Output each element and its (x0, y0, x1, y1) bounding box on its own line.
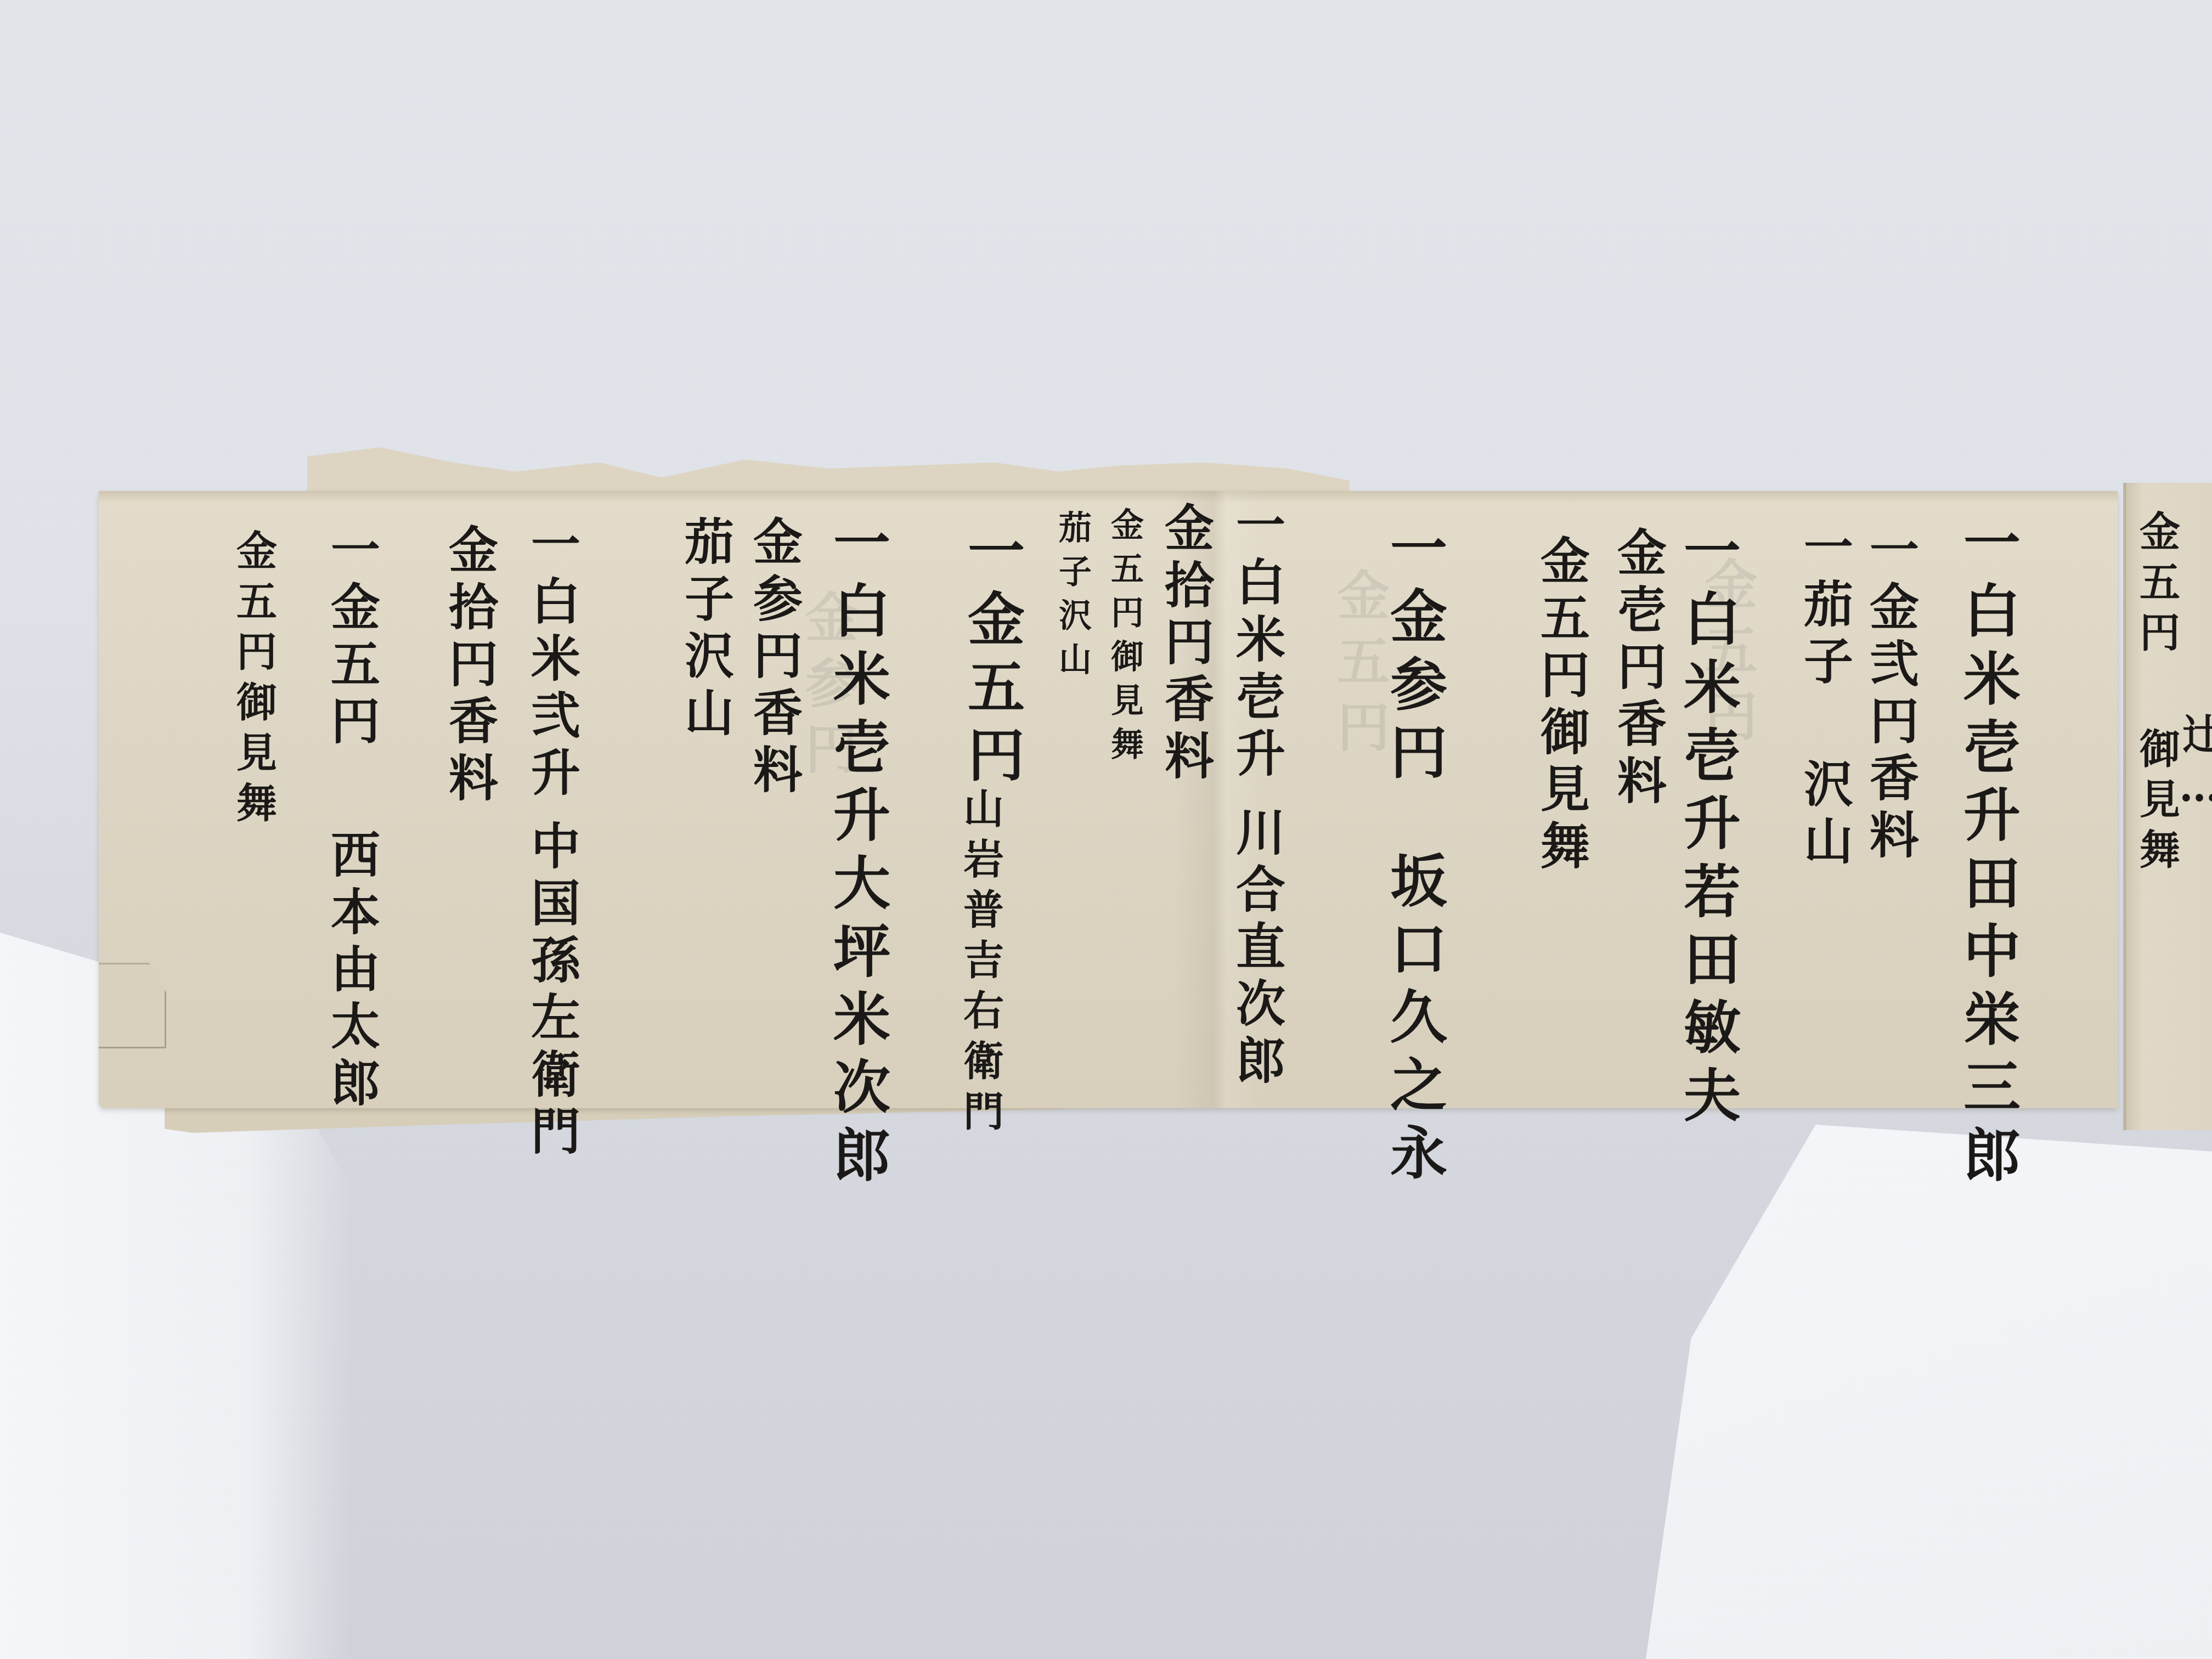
entry-item: 一白米弐升 (522, 518, 580, 804)
donor-name: 山岩普吉右衛門 (960, 787, 1001, 1141)
ledger-entry: 金参円香料 (749, 516, 798, 801)
ledger-entry: 金壱円香料 (1613, 527, 1662, 812)
donor-name: 若田敏夫 (1674, 861, 1741, 1133)
entry-item: 一白米壱升 (1954, 513, 2021, 853)
donor-name: 田中栄三郎 (1954, 853, 2021, 1193)
ledger-entry: 一金五円 (963, 521, 1020, 793)
next-page-column: 金五円御見舞 (2136, 510, 2177, 879)
ledger-entry: 一金弐円香料 (1865, 524, 1915, 866)
entry-item: 一金五円 (958, 521, 1025, 793)
donor-name: 中国孫左衛門 (522, 820, 580, 1163)
folded-corner (99, 963, 166, 1048)
next-page-edge: 金五円御見舞 辻… (2123, 483, 2212, 1130)
background-light-patch (1646, 1125, 2212, 1659)
entry-item: 一白米壱升 (823, 513, 891, 853)
ledger-entry: 金五円御見舞 (233, 529, 274, 832)
ledger-entry: 茄子沢山 (1056, 510, 1089, 686)
ledger-entry: 金五円御見舞 (1536, 535, 1585, 877)
entry-item: 一茄子 沢山 (1795, 521, 1853, 872)
entry-item: 一金五円 (322, 524, 380, 752)
next-page-name: 辻… (2179, 713, 2212, 821)
next-page-note: 御見舞 (2133, 727, 2180, 879)
donor-name: 大坪米次郎 (823, 853, 891, 1193)
entry-item: 一白米壱升 (1674, 521, 1741, 861)
donor-name: 坂口久之永 (1380, 851, 1448, 1191)
donor-name: 川合直次郎 (1227, 806, 1285, 1092)
ledger-entry: 金五円御見舞 (1108, 507, 1141, 771)
ledger-entry: 一金参円坂口久之永 (1385, 518, 1442, 1191)
ledger-entry: 一白米壱升大坪米次郎 (828, 513, 885, 1193)
entry-item: 一金参円 (1380, 518, 1448, 791)
ledger-entry: 一白米壱升若田敏夫 (1679, 521, 1736, 1133)
manuscript-sheet: 金五円 金五円 金参円 一白米壱升田中栄三郎 一金弐円香料 一茄子 沢山 一白米… (99, 491, 2118, 1108)
ledger-entry: 一白米壱升田中栄三郎 (1959, 513, 2016, 1193)
next-page-amount: 金五円 (2133, 510, 2180, 662)
donor-name: 西本由太郎 (322, 829, 380, 1114)
ledger-entry: 金拾円香料 (444, 524, 494, 809)
ledger-entry: 一白米弐升中国孫左衛門 (527, 518, 576, 1163)
ledger-entry: 茄子沢山 (680, 516, 730, 744)
entry-item: 一白米壱升 (1227, 499, 1285, 785)
ledger-entry: 一茄子 沢山 (1799, 521, 1849, 872)
ledger-entry: 一金五円西本由太郎 (326, 524, 376, 1114)
ledger-entry: 一白米壱升川合直次郎 (1232, 499, 1281, 1092)
ledger-entry: 金拾円香料 (1160, 502, 1210, 787)
